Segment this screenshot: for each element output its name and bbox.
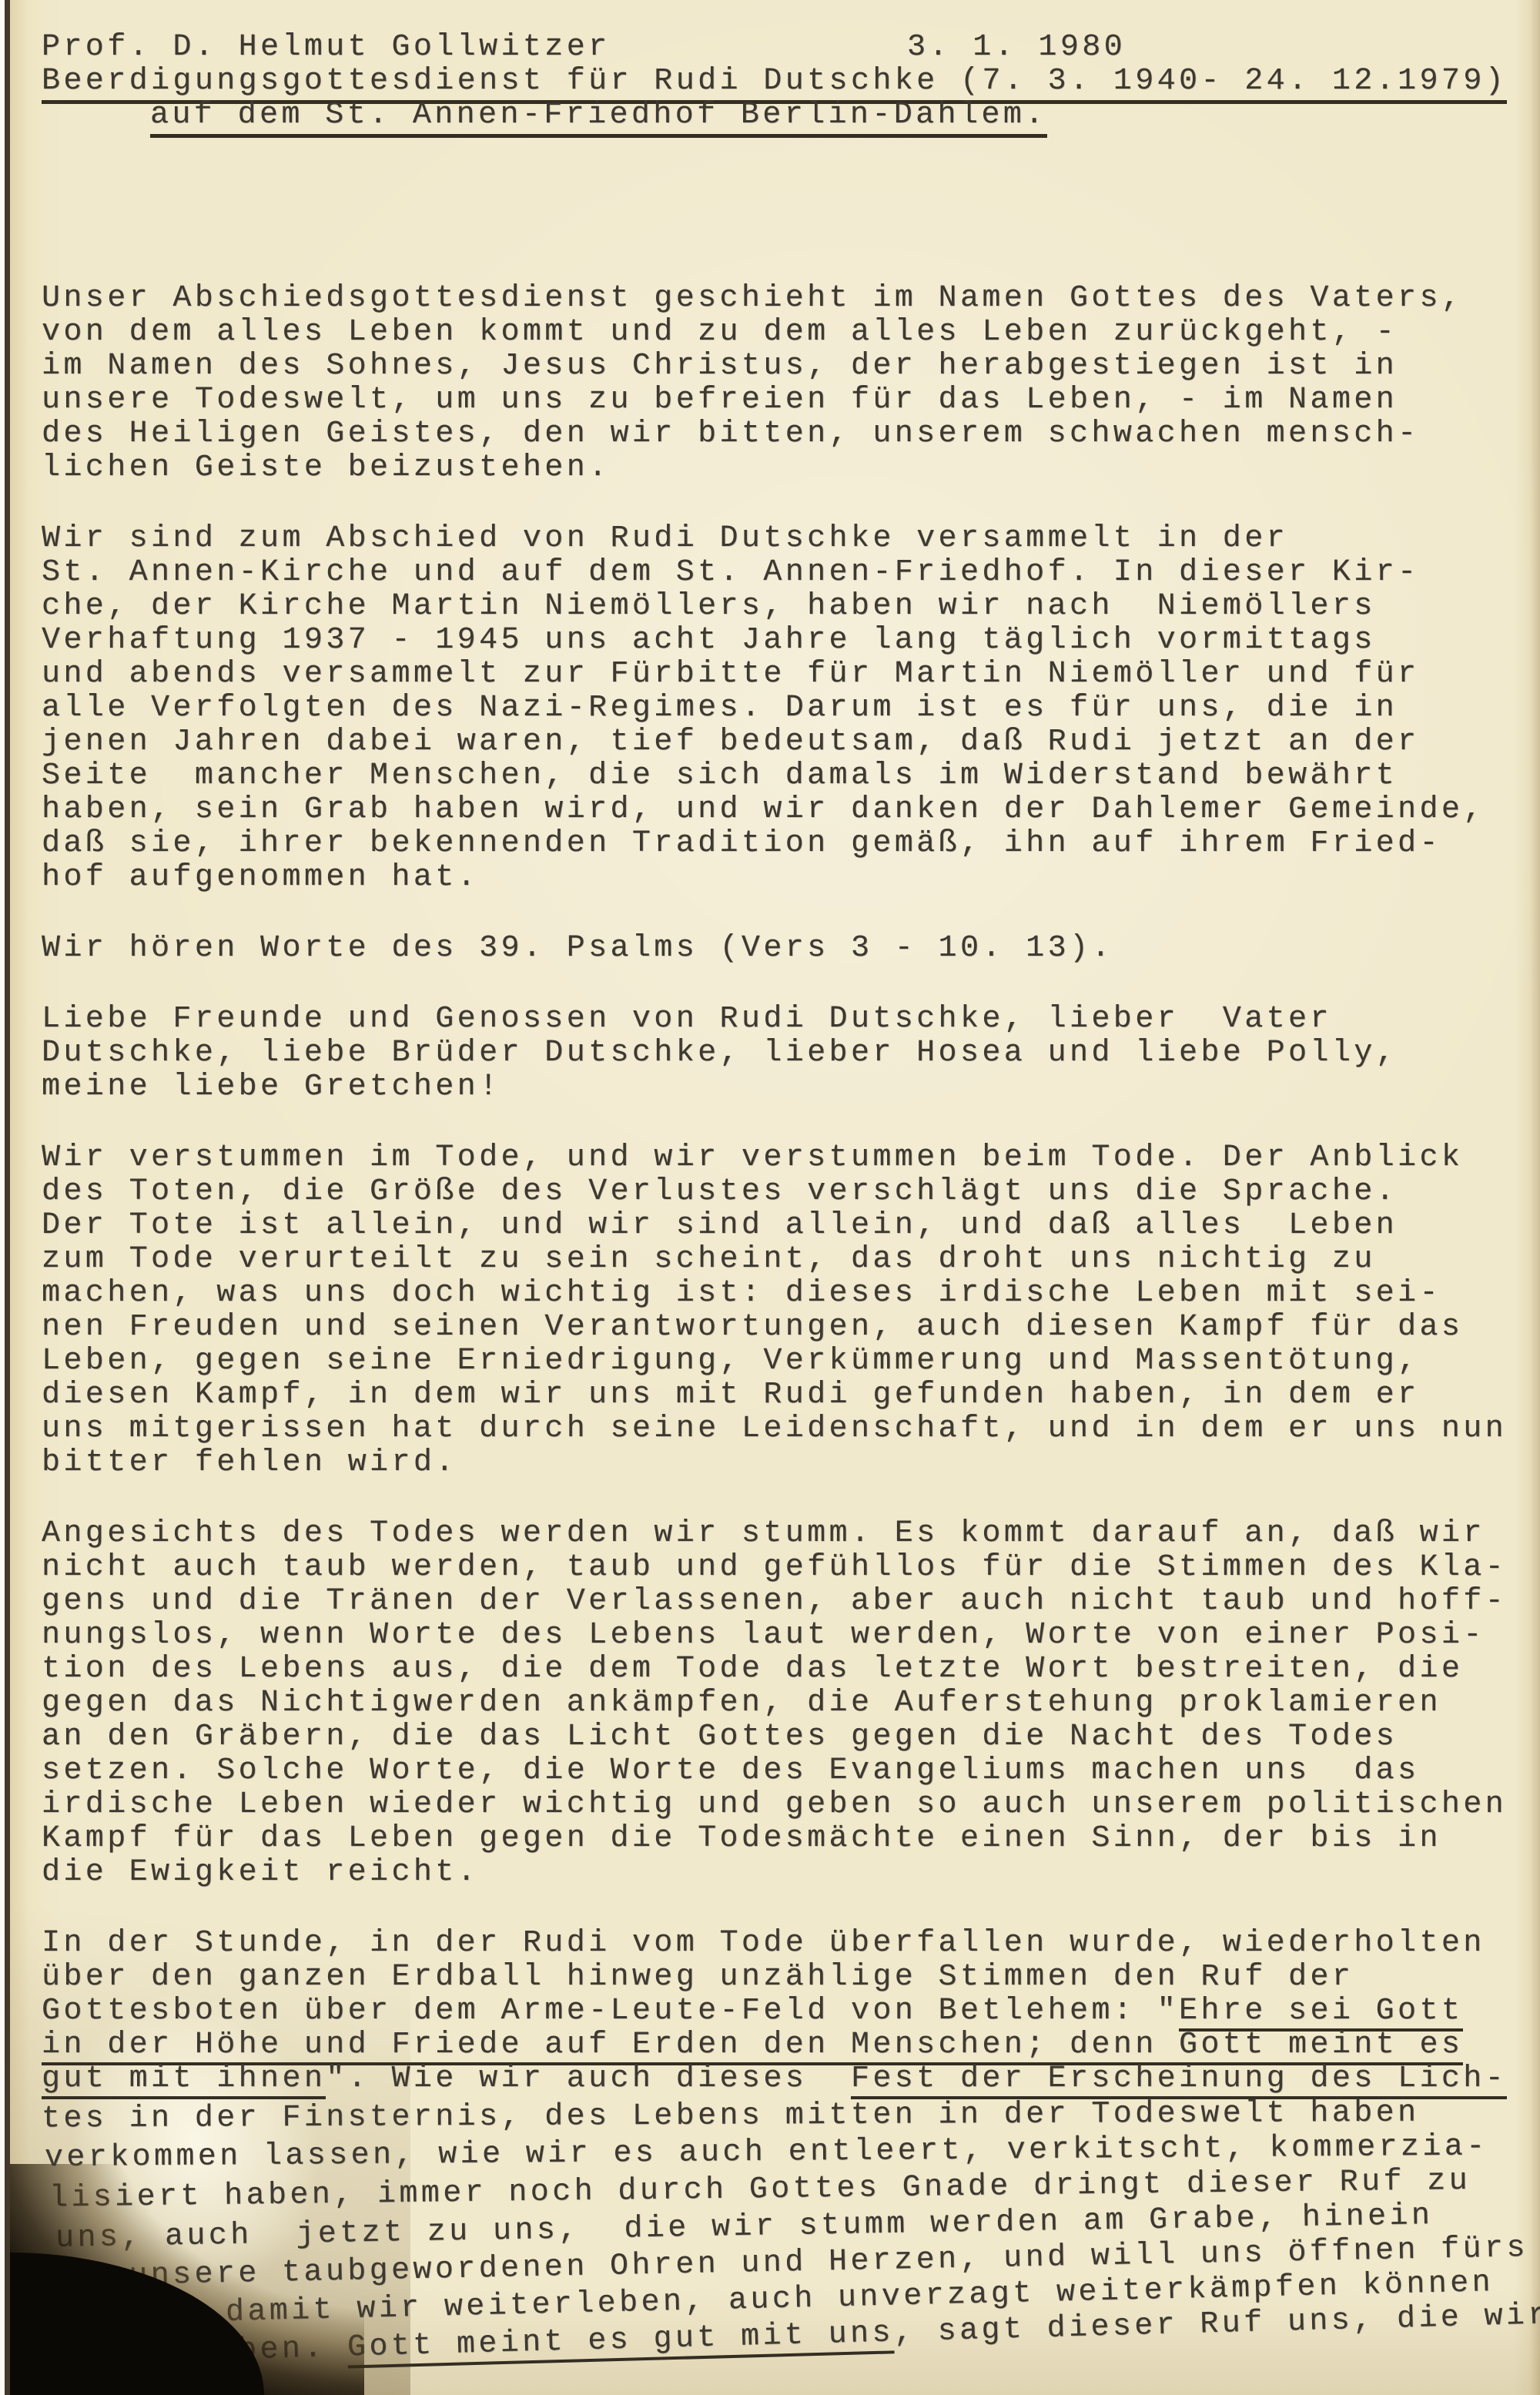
text-line: des Toten, die Größe des Verlustes versc… [42,1175,1529,1209]
text-line: in der Höhe und Friede auf Erden den Men… [42,2028,1529,2062]
scanned-typewritten-page: Prof. D. Helmut Gollwitzer 3. 1. 1980 Be… [5,0,1540,2395]
underlined-text: Fest der Erscheinung des Lich- [851,2062,1507,2099]
text-run: alle Verfolgten des Nazi-Regimes. Darum … [42,691,1398,725]
paragraph: Wir hören Worte des 39. Psalms (Vers 3 -… [42,932,1529,966]
text-line: Verhaftung 1937 - 1945 uns acht Jahre la… [42,624,1529,658]
text-line: Leben, gegen seine Erniedrigung, Verkümm… [42,1345,1529,1378]
text-line: tion des Lebens aus, die dem Tode das le… [42,1653,1529,1687]
text-run: über den ganzen Erdball hinweg unzählige… [42,1960,1354,1995]
text-run: Gottesboten über dem Arme-Leute-Feld von… [42,1994,1179,2028]
text-line: Gottesboten über dem Arme-Leute-Feld von… [42,1995,1529,2028]
text-run: und abends versammelt zur Fürbitte für M… [42,657,1419,692]
text-run: tes in der Finsternis, des Lebens mitten… [42,2096,1420,2137]
text-line: Dutschke, liebe Brüder Dutschke, lieber … [42,1037,1529,1070]
text-run: Wir sind zum Abschied von Rudi Dutschke … [42,521,1288,556]
text-run: Kampf für das Leben gegen die Todesmächt… [42,1821,1441,1856]
text-line: daß sie, ihrer bekennenden Tradition gem… [42,827,1529,861]
text-line: machen, was uns doch wichtig ist: dieses… [42,1277,1529,1311]
text-run: Liebe Freunde und Genossen von Rudi Duts… [42,1002,1332,1037]
text-line: gut mit ihnen". Wie wir auch dieses Fest… [42,2062,1529,2096]
text-line: St. Annen-Kirche und auf dem St. Annen-F… [42,556,1529,590]
text-run: lichen Geiste beizustehen. [42,451,611,485]
text-line: setzen. Solche Worte, die Worte des Evan… [42,1754,1529,1788]
underlined-text: in der Höhe und Friede auf Erden den Men… [42,2028,1463,2065]
paragraph: Wir verstummen im Tode, und wir verstumm… [42,1141,1529,1480]
text-run: ". Wie wir auch dieses [326,2062,851,2096]
text-run: des Toten, die Größe des Verlustes versc… [42,1174,1398,1209]
text-run: meine liebe Gretchen! [42,1070,500,1104]
text-line: gegen das Nichtigwerden ankämpfen, die A… [42,1687,1529,1720]
text-run: Wir verstummen im Tode, und wir verstumm… [42,1141,1463,1175]
text-run: In der Stunde, in der Rudi vom Tode über… [42,1926,1485,1961]
paragraph: In der Stunde, in der Rudi vom Tode über… [42,1927,1529,2333]
text-run: tion des Lebens aus, die dem Tode das le… [42,1652,1463,1687]
text-run: zum Tode verurteilt zu sein scheint, das… [42,1242,1376,1277]
text-run: St. Annen-Kirche und auf dem St. Annen-F… [42,555,1419,590]
text-run: setzen. Solche Worte, die Worte des Evan… [42,1754,1419,1788]
document-title: Beerdigungsgottesdienst für Rudi Dutschk… [42,65,1529,132]
text-line: che, der Kirche Martin Niemöllers, haben… [42,590,1529,624]
page-content: Prof. D. Helmut Gollwitzer 3. 1. 1980 Be… [42,31,1529,2333]
text-line: diesen Kampf, in dem wir uns mit Rudi ge… [42,1378,1529,1412]
text-line: Liebe Freunde und Genossen von Rudi Duts… [42,1003,1529,1037]
text-run: Wir hören Worte des 39. Psalms (Vers 3 -… [42,931,1113,966]
paragraph: Angesichts des Todes werden wir stumm. E… [42,1517,1529,1890]
text-line: des Heiligen Geistes, den wir bitten, un… [42,417,1529,451]
text-line: Wir hören Worte des 39. Psalms (Vers 3 -… [42,932,1529,966]
text-run: Der Tote ist allein, und wir sind allein… [42,1208,1398,1243]
text-run: des Heiligen Geistes, den wir bitten, un… [42,417,1419,451]
text-run: Leben, gegen seine Erniedrigung, Verkümm… [42,1344,1419,1378]
text-run: nen Freuden und seinen Verantwortungen, … [42,1310,1463,1345]
text-run: daß sie, ihrer bekennenden Tradition gem… [42,826,1441,861]
text-run: von dem alles Leben kommt und zu dem all… [42,315,1398,350]
text-run: gens und die Tränen der Verlassenen, abe… [42,1584,1507,1619]
paragraph: Liebe Freunde und Genossen von Rudi Duts… [42,1003,1529,1104]
text-run: Dutschke, liebe Brüder Dutschke, lieber … [42,1036,1398,1070]
text-line: gens und die Tränen der Verlassenen, abe… [42,1585,1529,1619]
title-line-1: Beerdigungsgottesdienst für Rudi Dutschk… [42,65,1529,99]
text-run: an den Gräbern, die das Licht Gottes geg… [42,1720,1398,1754]
document-date: 3. 1. 1980 [907,31,1126,65]
text-run: nungslos, wenn Worte des Lebens laut wer… [42,1618,1485,1653]
text-run: unsere Todeswelt, um uns zu befreien für… [42,383,1398,417]
text-line: von dem alles Leben kommt und zu dem all… [42,316,1529,350]
text-line: Wir verstummen im Tode, und wir verstumm… [42,1141,1529,1175]
text-line: Der Tote ist allein, und wir sind allein… [42,1209,1529,1243]
underlined-text: Ehre sei Gott [1179,1994,1463,2032]
text-run: hof aufgenommen hat. [42,860,479,895]
text-line: die Ewigkeit reicht. [42,1856,1529,1890]
text-line: uns mitgerissen hat durch seine Leidensc… [42,1412,1529,1446]
paragraph: Unser Abschiedsgottesdienst geschieht im… [42,282,1529,485]
text-run: im Namen des Sohnes, Jesus Christus, der… [42,349,1398,384]
text-line: zum Tode verurteilt zu sein scheint, das… [42,1243,1529,1277]
paragraphs: Unser Abschiedsgottesdienst geschieht im… [42,282,1529,2333]
text-line: und abends versammelt zur Fürbitte für M… [42,658,1529,692]
text-line: Angesichts des Todes werden wir stumm. E… [42,1517,1529,1551]
text-line: an den Gräbern, die das Licht Gottes geg… [42,1720,1529,1754]
text-run: jenen Jahren dabei waren, tief bedeutsam… [42,725,1419,759]
text-run: gegen das Nichtigwerden ankämpfen, die A… [42,1686,1441,1720]
text-line: unsere Todeswelt, um uns zu befreien für… [42,384,1529,417]
text-line: Wir sind zum Abschied von Rudi Dutschke … [42,522,1529,556]
text-line: bitter fehlen wird. [42,1446,1529,1480]
text-run: nicht auch taub werden, taub und gefühll… [42,1550,1507,1585]
text-run: bitter fehlen wird. [42,1445,457,1480]
text-run: Verhaftung 1937 - 1945 uns acht Jahre la… [42,623,1376,658]
underlined-text: gut mit ihnen [42,2062,326,2099]
text-run: haben, sein Grab haben wird, und wir dan… [42,792,1485,827]
text-run: machen, was uns doch wichtig ist: dieses… [42,1276,1441,1311]
text-run: uns mitgerissen hat durch seine Leidensc… [42,1412,1507,1446]
text-line: nungslos, wenn Worte des Lebens laut wer… [42,1619,1529,1653]
text-line: Kampf für das Leben gegen die Todesmächt… [42,1822,1529,1856]
author-name: Prof. D. Helmut Gollwitzer [42,30,611,65]
text-line: In der Stunde, in der Rudi vom Tode über… [42,1927,1529,1961]
text-line: nen Freuden und seinen Verantwortungen, … [42,1311,1529,1345]
text-run: Unser Abschiedsgottesdienst geschieht im… [42,281,1463,316]
text-line: jenen Jahren dabei waren, tief bedeutsam… [42,725,1529,759]
text-line: im Namen des Sohnes, Jesus Christus, der… [42,350,1529,384]
text-run: Angesichts des Todes werden wir stumm. E… [42,1516,1485,1551]
text-line: nicht auch taub werden, taub und gefühll… [42,1551,1529,1585]
text-line: hof aufgenommen hat. [42,861,1529,895]
text-line: lichen Geiste beizustehen. [42,451,1529,485]
text-run: che, der Kirche Martin Niemöllers, haben… [42,589,1376,624]
text-line: irdische Leben wieder wichtig und geben … [42,1788,1529,1822]
text-line: Seite mancher Menschen, die sich damals … [42,759,1529,793]
text-run: diesen Kampf, in dem wir uns mit Rudi ge… [42,1378,1419,1412]
document-header: Prof. D. Helmut Gollwitzer 3. 1. 1980 [42,31,1529,65]
text-run: Seite mancher Menschen, die sich damals … [42,759,1398,793]
paragraph: Wir sind zum Abschied von Rudi Dutschke … [42,522,1529,895]
text-line: haben, sein Grab haben wird, und wir dan… [42,793,1529,827]
text-run: die Ewigkeit reicht. [42,1855,479,1890]
text-line: Unser Abschiedsgottesdienst geschieht im… [42,282,1529,316]
text-line: alle Verfolgten des Nazi-Regimes. Darum … [42,692,1529,725]
text-line: meine liebe Gretchen! [42,1070,1529,1104]
text-line: über den ganzen Erdball hinweg unzählige… [42,1961,1529,1995]
text-run: irdische Leben wieder wichtig und geben … [42,1787,1507,1822]
